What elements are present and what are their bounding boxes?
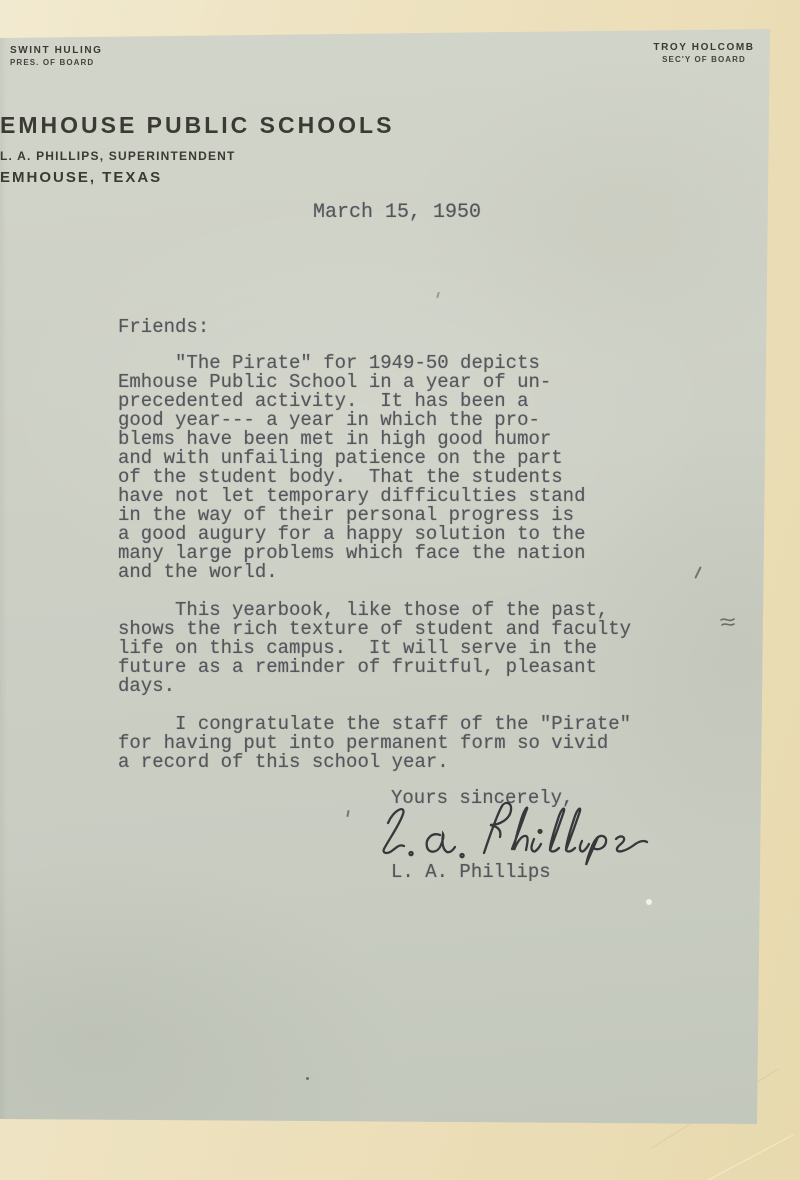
letter-date: March 15, 1950 — [313, 201, 481, 224]
letterhead-location: EMHOUSE, TEXAS — [0, 169, 770, 186]
paper-speck — [646, 899, 652, 905]
ink-speck — [346, 810, 349, 817]
ink-mark — [694, 566, 701, 579]
signature-typed-name: L. A. Phillips — [391, 861, 551, 883]
officer-name: SWINT HULING — [10, 44, 103, 58]
paper-speck — [306, 1077, 309, 1080]
paper-crease — [696, 1134, 794, 1180]
officer-title: PRES. OF BOARD — [10, 58, 103, 69]
letter-page: SWINT HULING PRES. OF BOARD TROY HOLCOMB… — [0, 0, 800, 1180]
letter-closing: Yours sincerely, — [391, 787, 573, 809]
officer-title: SEC'Y OF BOARD — [645, 55, 763, 66]
scanned-document: { "board_officers": { "left": { "name": … — [0, 0, 800, 1180]
board-officer-right: TROY HOLCOMB SEC'Y OF BOARD — [645, 41, 763, 65]
ink-speck — [436, 292, 440, 298]
letterhead-school-name: EMHOUSE PUBLIC SCHOOLS — [0, 112, 770, 139]
officer-name: TROY HOLCOMB — [645, 41, 763, 55]
board-officer-left: SWINT HULING PRES. OF BOARD — [10, 44, 103, 68]
letterhead-superintendent: L. A. PHILLIPS, SUPERINTENDENT — [0, 149, 770, 163]
letter-salutation: Friends: — [118, 316, 209, 338]
letter-body: "The Pirate" for 1949-50 depicts Emhouse… — [118, 354, 678, 772]
ink-mark — [720, 616, 736, 629]
handwritten-signature — [372, 797, 652, 869]
